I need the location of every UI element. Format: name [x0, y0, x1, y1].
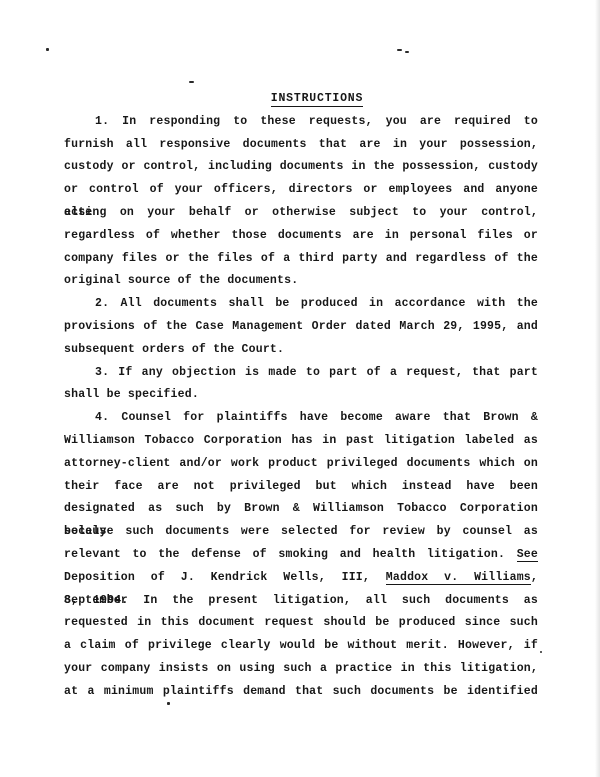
scan-speck — [167, 702, 170, 705]
doc-line: original source of the documents. — [64, 270, 538, 293]
doc-line: designated as such by Brown & Williamson… — [64, 498, 538, 521]
scan-speck — [189, 81, 194, 83]
doc-line: shall be specified. — [64, 384, 538, 407]
doc-line: acting on your behalf or otherwise subje… — [64, 202, 538, 225]
doc-line: regardless of whether those documents ar… — [64, 225, 538, 248]
scan-speck — [397, 49, 402, 51]
doc-line: because such documents were selected for… — [64, 521, 538, 544]
doc-line: custody or control, including documents … — [64, 156, 538, 179]
doc-line: a claim of privilege clearly would be wi… — [64, 635, 538, 658]
line-text: relevant to the defense of smoking and h… — [64, 548, 517, 561]
doc-line-paragraph3: 3. If any objection is made to part of a… — [64, 362, 538, 385]
scan-speck — [540, 651, 542, 653]
doc-line: their face are not privileged but which … — [64, 476, 538, 499]
doc-line-with-citation: relevant to the defense of smoking and h… — [64, 544, 538, 567]
scan-speck — [46, 48, 49, 51]
doc-line-with-case-citation: Deposition of J. Kendrick Wells, III, Ma… — [64, 567, 538, 590]
doc-line-paragraph4: 4. Counsel for plaintiffs have become aw… — [64, 407, 538, 430]
doc-line: furnish all responsive documents that ar… — [64, 134, 538, 157]
scanned-document-page: INSTRUCTIONS 1. In responding to these r… — [0, 0, 600, 777]
doc-line: at a minimum plaintiffs demand that such… — [64, 681, 538, 704]
document-body: INSTRUCTIONS 1. In responding to these r… — [64, 88, 538, 704]
citation-see: See — [517, 548, 538, 562]
doc-line-paragraph2: 2. All documents shall be produced in ac… — [64, 293, 538, 316]
scan-speck — [405, 51, 409, 53]
doc-line-paragraph1: 1. In responding to these requests, you … — [64, 111, 538, 134]
doc-line: Williamson Tobacco Corporation has in pa… — [64, 430, 538, 453]
doc-line: attorney-client and/or work product priv… — [64, 453, 538, 476]
document-title: INSTRUCTIONS — [64, 88, 538, 111]
doc-line: provisions of the Case Management Order … — [64, 316, 538, 339]
document-title-text: INSTRUCTIONS — [271, 92, 363, 107]
doc-line: subsequent orders of the Court. — [64, 339, 538, 362]
doc-line: your company insists on using such a pra… — [64, 658, 538, 681]
doc-line: 8, 1994. In the present litigation, all … — [64, 590, 538, 613]
line-text: Deposition of J. Kendrick Wells, III, — [64, 571, 386, 584]
citation-case-name: Maddox v. Williams — [386, 571, 531, 585]
doc-line: or control of your officers, directors o… — [64, 179, 538, 202]
doc-line: company files or the files of a third pa… — [64, 248, 538, 271]
doc-line: requested in this document request shoul… — [64, 612, 538, 635]
